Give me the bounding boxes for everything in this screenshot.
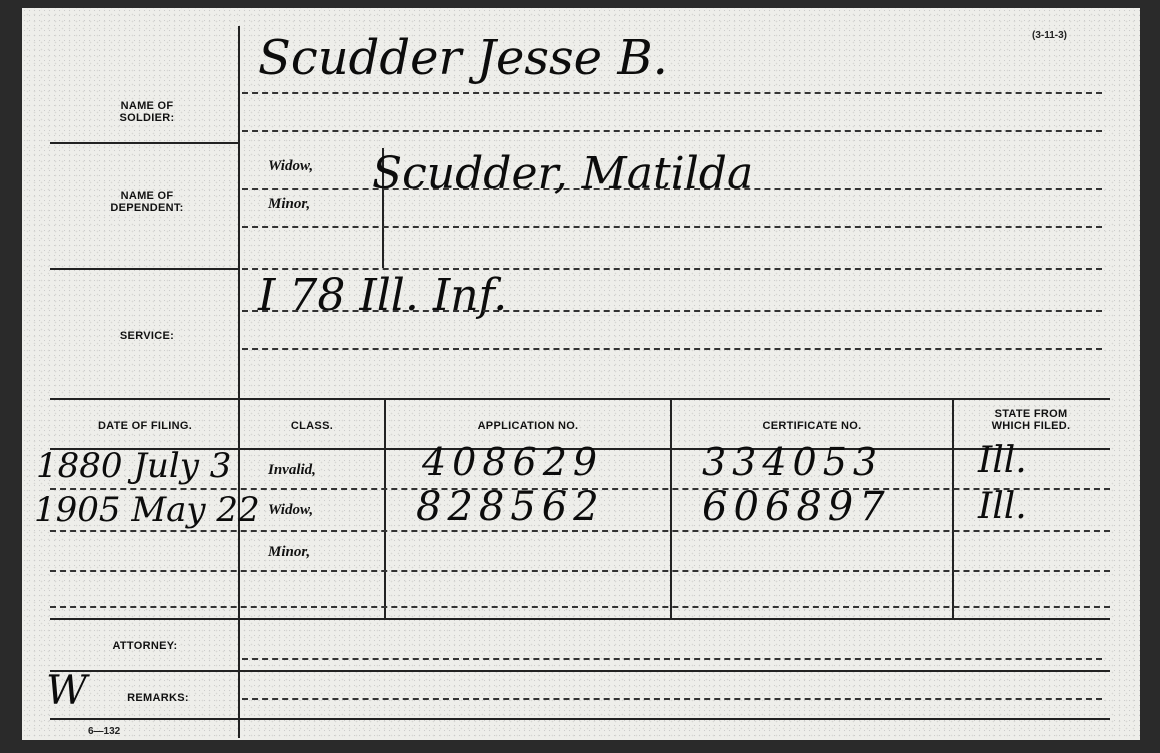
table-bottom-border <box>50 618 1110 620</box>
soldier-label: NAME OF SOLDIER: <box>62 100 232 124</box>
widow-type-label: Widow, <box>268 158 313 175</box>
card-bottom-border <box>50 718 1110 720</box>
certificate-no-2: 606897 <box>702 484 891 530</box>
application-no-2: 828562 <box>416 484 605 530</box>
service-dotted-line-1 <box>242 310 1102 312</box>
filing-class-2: Widow, <box>268 502 313 519</box>
pension-index-card: (3-11-3) NAME OF SOLDIER: Scudder Jesse … <box>22 8 1140 740</box>
filing-class-3: Minor, <box>268 544 310 561</box>
remarks-handwritten-mark: W <box>46 668 87 714</box>
attorney-label: ATTORNEY: <box>52 640 238 652</box>
label-column-divider <box>238 26 240 738</box>
section-divider <box>50 268 240 270</box>
state-header-line1: STATE FROM <box>956 408 1106 420</box>
application-no-header: APPLICATION NO. <box>388 420 668 432</box>
state-header-line2: WHICH FILED. <box>956 420 1106 432</box>
soldier-dotted-line-2 <box>242 130 1102 132</box>
remarks-dotted-line <box>242 698 1102 700</box>
column-divider <box>952 400 954 618</box>
state-1: Ill. <box>978 440 1027 481</box>
service-value: I 78 Ill. Inf. <box>258 270 507 321</box>
dependent-label: NAME OF DEPENDENT: <box>62 190 232 214</box>
row-divider <box>50 530 1110 532</box>
row-divider <box>50 606 1110 608</box>
application-no-1: 408629 <box>422 440 603 484</box>
attorney-dotted-line <box>242 658 1102 660</box>
class-header: CLASS. <box>242 420 382 432</box>
filing-date-1: 1880 July 3 <box>36 446 231 486</box>
section-divider <box>50 142 240 144</box>
soldier-label-line2: SOLDIER: <box>62 112 232 124</box>
footer-code: 6—132 <box>88 726 120 737</box>
column-divider <box>384 400 386 618</box>
table-top-border <box>50 398 1110 400</box>
date-of-filing-header: DATE OF FILING. <box>52 420 238 432</box>
dependent-dotted-line-1 <box>242 188 1102 190</box>
state-header: STATE FROM WHICH FILED. <box>956 408 1106 432</box>
soldier-dotted-line-1 <box>242 92 1102 94</box>
filing-class-1: Invalid, <box>268 462 316 479</box>
row-divider <box>50 570 1110 572</box>
soldier-name: Scudder Jesse B. <box>258 30 668 86</box>
minor-type-label: Minor, <box>268 196 310 213</box>
soldier-label-line1: NAME OF <box>62 100 232 112</box>
certificate-no-header: CERTIFICATE NO. <box>674 420 950 432</box>
remarks-label: REMARKS: <box>78 692 238 704</box>
column-divider <box>670 400 672 618</box>
dependent-dotted-line-2 <box>242 226 1102 228</box>
certificate-no-1: 334053 <box>702 440 883 484</box>
form-code: (3-11-3) <box>1032 30 1067 41</box>
dependent-label-line1: NAME OF <box>62 190 232 202</box>
service-dotted-line-2 <box>242 348 1102 350</box>
state-2: Ill. <box>978 486 1027 527</box>
section-divider <box>50 670 1110 672</box>
dependent-label-line2: DEPENDENT: <box>62 202 232 214</box>
filing-date-2: 1905 May 22 <box>34 490 260 530</box>
service-label: SERVICE: <box>62 330 232 342</box>
dependent-name: Scudder, Matilda <box>372 148 753 199</box>
